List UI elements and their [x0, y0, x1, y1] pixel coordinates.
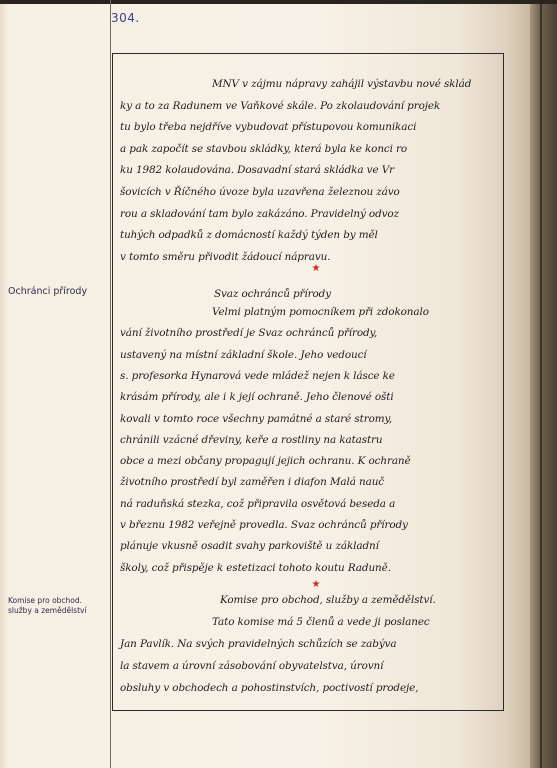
text-line: školy, což přispěje k estetizaci tohoto … [120, 562, 500, 574]
text-line: ná raduňská stezka, což připravila osvět… [120, 498, 500, 510]
text-line: rou a skladování tam bylo zakázáno. Prav… [120, 208, 500, 220]
text-line: šovicích v Říčného úvoze byla uzavřena ž… [120, 186, 500, 198]
margin-note-komise-line-1: Komise pro obchod. [8, 596, 82, 606]
text-line: tuhých odpadků z domácností každý týden … [120, 229, 500, 241]
section-heading: Komise pro obchod, služby a zemědělství. [220, 594, 557, 606]
text-line: ky a to za Radunem ve Vaňkové skále. Po … [120, 100, 500, 112]
text-line: a pak započít se stavbou skládky, která … [120, 143, 500, 155]
text-line: chránili vzácné dřeviny, keře a rostliny… [120, 434, 500, 446]
text-line: kovali v tomto roce všechny památné a st… [120, 413, 500, 425]
text-line: v březnu 1982 veřejně provedla. Svaz och… [120, 519, 500, 531]
scan-top-edge [0, 0, 557, 4]
text-line: MNV v zájmu nápravy zahájil výstavbu nov… [212, 78, 557, 90]
text-line: plánuje vkusně osadit svahy parkoviště u… [120, 540, 500, 552]
text-line: ustavený na místní základní škole. Jeho … [120, 349, 500, 361]
text-line: obce a mezi občany propagují jejich ochr… [120, 455, 500, 467]
binding-edge [540, 0, 542, 768]
text-line: ku 1982 kolaudována. Dosavadní stará skl… [120, 164, 500, 176]
star-separator-icon: ★ [310, 263, 322, 274]
text-line: Jan Pavlík. Na svých pravidelných schůzí… [120, 638, 500, 650]
margin-note-ochranci-prirody: Ochránci přírody [8, 286, 87, 297]
margin-note-komise-line-2: služby a zemědělství [8, 606, 87, 616]
text-line: vání životního prostředí je Svaz ochránc… [120, 327, 500, 339]
section-heading: Svaz ochránců přírody [214, 288, 557, 300]
text-line: Tato komise má 5 členů a vede ji poslane… [212, 616, 557, 628]
page-number: 304. [111, 11, 140, 25]
margin-rule [110, 0, 111, 768]
book-binding [530, 0, 557, 768]
text-line: tu bylo třeba nejdříve vybudovat přístup… [120, 121, 500, 133]
text-line: la stavem a úrovní zásobování obyvatelst… [120, 660, 500, 672]
text-line: s. profesorka Hynarová vede mládež nejen… [120, 370, 500, 382]
text-line: životního prostředí byl zaměřen i diafon… [120, 476, 500, 488]
text-line: krásám přírody, ale i k její ochraně. Je… [120, 391, 500, 403]
text-line: obsluhy v obchodech a pohostinstvích, po… [120, 682, 500, 694]
text-line: Velmi platným pomocníkem při zdokonalo [212, 306, 557, 318]
star-separator-icon: ★ [310, 579, 322, 590]
text-line: v tomto směru přivodit žádoucí nápravu. [120, 251, 500, 263]
